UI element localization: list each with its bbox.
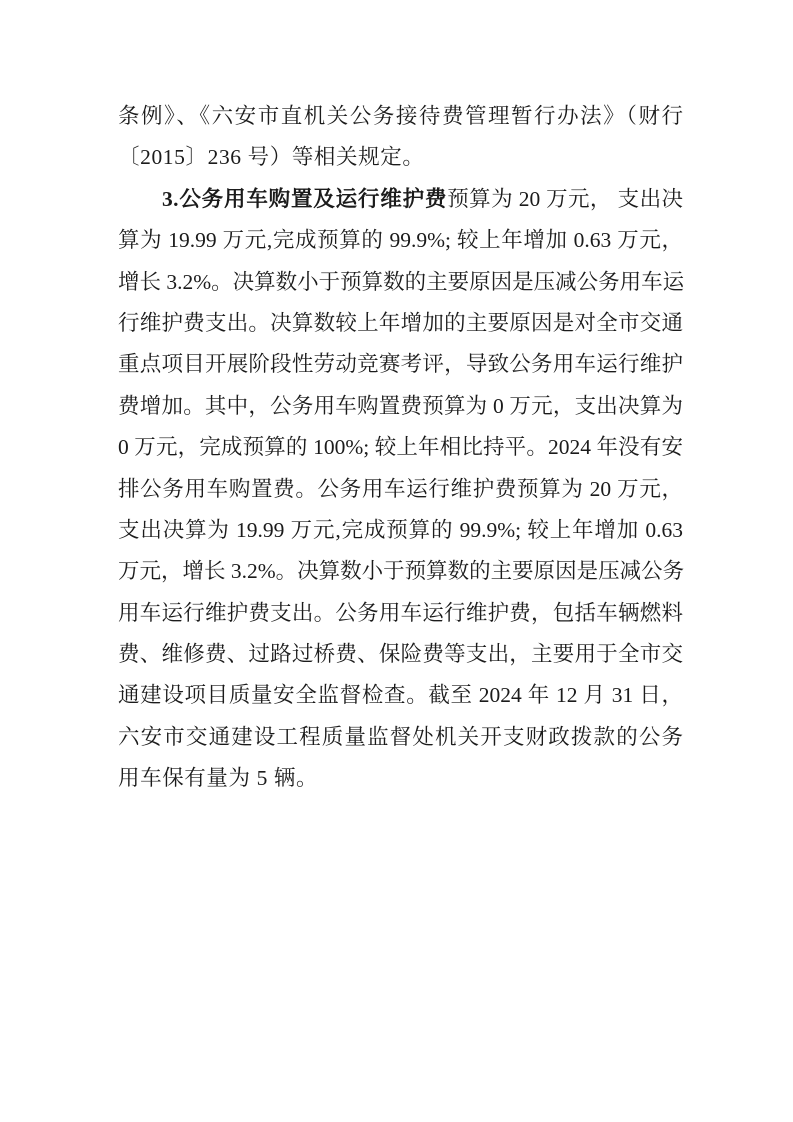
document-line: 增长 3.2%。决算数小于预算数的主要原因是压减公务用车运 <box>118 262 683 303</box>
document-line: 0 万元，完成预算的 100%; 较上年相比持平。2024 年没有安 <box>118 427 683 468</box>
document-line: 3.公务用车购置及运行维护费预算为 20 万元， 支出决 <box>118 179 683 220</box>
document-line: 排公务用车购置费。公务用车运行维护费预算为 20 万元， <box>118 469 683 510</box>
document-line: 条例》、《六安市直机关公务接待费管理暂行办法》（财行 <box>118 96 683 137</box>
document-line: 〔2015〕236 号）等相关规定。 <box>118 137 683 178</box>
paragraph-regulations: 条例》、《六安市直机关公务接待费管理暂行办法》（财行 〔2015〕236 号）等… <box>118 96 683 179</box>
document-line: 费增加。其中，公务用车购置费预算为 0 万元，支出决算为 <box>118 386 683 427</box>
document-line: 行维护费支出。决算数较上年增加的主要原因是对全市交通 <box>118 303 683 344</box>
document-line: 用车运行维护费支出。公务用车运行维护费，包括车辆燃料 <box>118 593 683 634</box>
document-body: 条例》、《六安市直机关公务接待费管理暂行办法》（财行 〔2015〕236 号）等… <box>118 96 683 800</box>
document-line: 支出决算为 19.99 万元,完成预算的 99.9%; 较上年增加 0.63 <box>118 510 683 551</box>
document-line: 用车保有量为 5 辆。 <box>118 758 683 799</box>
vehicle-fees-heading-rest: 预算为 20 万元， 支出决 <box>447 187 683 211</box>
document-page: 条例》、《六安市直机关公务接待费管理暂行办法》（财行 〔2015〕236 号）等… <box>0 0 793 1122</box>
paragraph-vehicle-fees: 3.公务用车购置及运行维护费预算为 20 万元， 支出决 算为 19.99 万元… <box>118 179 683 800</box>
document-line: 重点项目开展阶段性劳动竞赛考评，导致公务用车运行维护 <box>118 344 683 385</box>
document-line: 六安市交通建设工程质量监督处机关开支财政拨款的公务 <box>118 717 683 758</box>
vehicle-fees-heading: 3.公务用车购置及运行维护费 <box>162 187 447 211</box>
document-line: 通建设项目质量安全监督检查。截至 2024 年 12 月 31 日， <box>118 675 683 716</box>
document-line: 算为 19.99 万元,完成预算的 99.9%; 较上年增加 0.63 万元， <box>118 220 683 261</box>
document-line: 费、维修费、过路过桥费、保险费等支出，主要用于全市交 <box>118 634 683 675</box>
document-line: 万元，增长 3.2%。决算数小于预算数的主要原因是压减公务 <box>118 551 683 592</box>
